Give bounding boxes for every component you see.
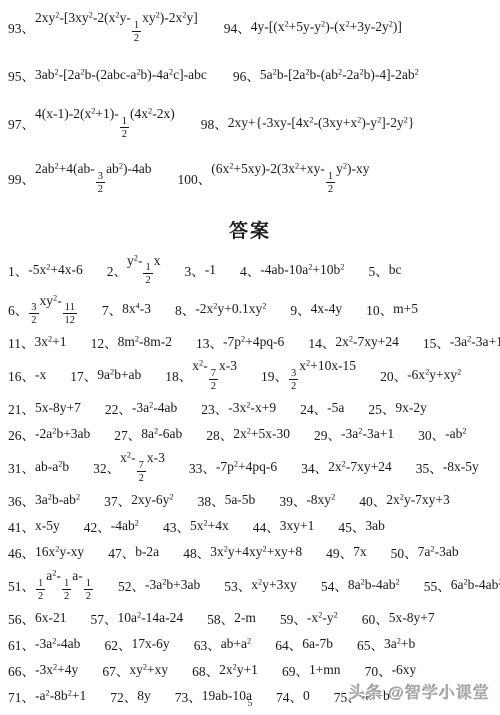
- item-expression: x-5y: [35, 518, 60, 534]
- item-number: 35、: [416, 457, 443, 477]
- item-number: 9、: [290, 299, 310, 319]
- answer-item: 20、-6x2y+xy2: [380, 365, 461, 385]
- item-expression: -2a2b+3ab: [35, 426, 90, 442]
- item-number: 100、: [177, 168, 211, 188]
- problem-item: 94、4y-[(x2+5y-y2)-(x2+3y-2y2)]: [224, 17, 402, 37]
- item-number: 60、: [362, 608, 389, 628]
- item-number: 21、: [8, 398, 35, 418]
- item-number: 15、: [423, 332, 450, 352]
- item-expression: 5a2b-[2a2b-(ab2-2a2b)-4]-2ab2: [260, 67, 419, 83]
- answer-item: 49、7x: [326, 542, 367, 562]
- answer-item: 62、17x-6y: [104, 634, 169, 654]
- item-expression: 9x-2y: [395, 400, 427, 416]
- item-number: 66、: [8, 660, 35, 680]
- answer-item: 51、12a2-12a-12: [8, 568, 94, 602]
- answers-heading: 答案: [0, 216, 500, 243]
- item-number: 98、: [201, 113, 228, 133]
- item-number: 49、: [326, 542, 353, 562]
- answer-row: 56、6x-2157、10a2-14a-2458、2-m59、-x2-y260、…: [8, 608, 492, 628]
- item-number: 56、: [8, 608, 35, 628]
- item-expression: -ab2: [445, 426, 466, 442]
- item-number: 47、: [108, 542, 135, 562]
- item-expression: 8a2b-4ab2: [348, 577, 400, 593]
- answer-item: 31、ab-a2b: [8, 457, 69, 477]
- answer-item: 21、5x-8y+7: [8, 398, 81, 418]
- problem-item: 95、3ab2-[2a2b-(2abc-a2b)-4a2c]-abc: [8, 65, 207, 85]
- item-expression: 32xy2-1112: [28, 293, 78, 327]
- item-expression: 6a2b-4ab2: [451, 577, 500, 593]
- answer-item: 68、2x2y+1: [192, 660, 258, 680]
- item-number: 97、: [8, 113, 35, 133]
- item-expression: -8x-5y: [443, 459, 479, 475]
- item-expression: 8x4-3: [122, 301, 151, 317]
- item-expression: 8a2-6ab: [141, 426, 182, 442]
- fraction: 72: [137, 460, 146, 484]
- item-number: 43、: [163, 516, 190, 536]
- item-expression: -5x2+4x-6: [28, 262, 83, 278]
- answer-item: 22、-3a2-4ab: [105, 398, 177, 418]
- answer-item: 35、-8x-5y: [416, 457, 479, 477]
- item-expression: -x2-y2: [307, 610, 338, 626]
- item-number: 8、: [175, 299, 195, 319]
- item-number: 32、: [93, 457, 120, 477]
- answer-row: 31、ab-a2b32、x2-72x-333、-7p2+4pq-634、2x2-…: [8, 450, 492, 484]
- answer-item: 33、-7p2+4pq-6: [189, 457, 277, 477]
- item-number: 2、: [107, 260, 127, 280]
- answer-item: 60、5x-8y+7: [362, 608, 435, 628]
- answer-item: 48、3x2y+4xy2+xy+8: [183, 542, 302, 562]
- item-expression: 32x2+10x-15: [288, 358, 356, 392]
- item-number: 16、: [8, 365, 35, 385]
- item-number: 40、: [359, 490, 386, 510]
- item-expression: -7p2+4pq-6: [216, 459, 277, 475]
- fraction: 32: [29, 302, 38, 326]
- answer-row: 36、3a2b-ab237、2xy-6y238、5a-5b39、-8xy240、…: [8, 490, 492, 510]
- item-expression: -7p2+4pq-6: [223, 334, 284, 350]
- answer-item: 13、-7p2+4pq-6: [196, 332, 284, 352]
- answer-row: 1、-5x2+4x-62、y2-12x3、-14、-4ab-10a2+10b25…: [8, 253, 492, 287]
- problem-row: 99、2ab2+4(ab-32ab2)-4ab100、(6x2+5xy)-2(3…: [8, 161, 492, 195]
- item-number: 44、: [253, 516, 280, 536]
- answer-item: 55、6a2b-4ab2: [424, 575, 500, 595]
- problem-item: 100、(6x2+5xy)-2(3x2+xy-12y2)-xy: [177, 161, 369, 195]
- item-number: 46、: [8, 542, 35, 562]
- item-number: 55、: [424, 575, 451, 595]
- item-number: 14、: [308, 332, 335, 352]
- item-number: 17、: [70, 365, 97, 385]
- answer-row: 51、12a2-12a-1252、-3a2b+3ab53、x2y+3xy54、8…: [8, 568, 492, 602]
- item-number: 37、: [104, 490, 131, 510]
- item-expression: 2xy+{-3xy-[4x2-(3xy+x2)-y2]-2y2}: [228, 115, 415, 131]
- problem-item: 97、4(x-1)-2(x2+1)-12(4x2-2x): [8, 106, 175, 140]
- item-number: 6、: [8, 299, 28, 319]
- item-number: 69、: [282, 660, 309, 680]
- answer-item: 61、-3a2-4ab: [8, 634, 80, 654]
- answer-row: 66、-3x2+4y67、xy2+xy68、2x2y+169、1+mn70、-6…: [8, 660, 492, 680]
- answer-row: 21、5x-8y+722、-3a2-4ab23、-3x2-x+924、-5a25…: [8, 398, 492, 418]
- answer-item: 3、-1: [185, 260, 217, 280]
- answer-item: 9、4x-4y: [290, 299, 342, 319]
- item-number: 4、: [240, 260, 260, 280]
- item-number: 1、: [8, 260, 28, 280]
- item-expression: 3xy+1: [280, 518, 315, 534]
- item-number: 39、: [279, 490, 306, 510]
- item-number: 31、: [8, 457, 35, 477]
- answer-item: 47、b-2a: [108, 542, 159, 562]
- answer-item: 56、6x-21: [8, 608, 67, 628]
- item-expression: -1: [205, 262, 216, 278]
- item-expression: 4(x-1)-2(x2+1)-12(4x2-2x): [35, 106, 175, 140]
- item-expression: 5x-8y+7: [35, 400, 81, 416]
- answer-row: 16、-x17、9a2b+ab18、x2-72x-319、32x2+10x-15…: [8, 358, 492, 392]
- item-expression: 2ab2+4(ab-32ab2)-4ab: [35, 161, 151, 195]
- item-number: 42、: [84, 516, 111, 536]
- answer-item: 57、10a2-14a-24: [91, 608, 184, 628]
- answer-item: 66、-3x2+4y: [8, 660, 78, 680]
- item-number: 57、: [91, 608, 118, 628]
- problem-row: 97、4(x-1)-2(x2+1)-12(4x2-2x)98、2xy+{-3xy…: [8, 106, 492, 140]
- answer-item: 30、-ab2: [418, 424, 466, 444]
- fraction: 12: [36, 578, 45, 602]
- item-expression: 4x-4y: [311, 301, 343, 317]
- item-number: 64、: [275, 634, 302, 654]
- item-number: 59、: [280, 608, 307, 628]
- item-expression: 3x2+1: [35, 334, 67, 350]
- answer-item: 27、8a2-6ab: [114, 424, 182, 444]
- item-expression: -4ab-10a2+10b2: [260, 262, 344, 278]
- answer-item: 38、5a-5b: [198, 490, 256, 510]
- item-expression: 3x2y+4xy2+xy+8: [210, 544, 302, 560]
- item-expression: 7x: [353, 544, 367, 560]
- item-number: 24、: [300, 398, 327, 418]
- problem-row: 93、2xy2-[3xy2-2(x2y-12xy2)-2x2y]94、4y-[(…: [8, 10, 492, 44]
- answer-row: 6、32xy2-11127、8x4-38、-2x2y+0.1xy29、4x-4y…: [8, 293, 492, 327]
- answer-item: 1、-5x2+4x-6: [8, 260, 83, 280]
- item-number: 10、: [366, 299, 393, 319]
- fraction: 1112: [63, 302, 77, 326]
- item-expression: 2x2-7xy+24: [335, 334, 399, 350]
- item-expression: 3a2b-ab2: [35, 492, 80, 508]
- item-expression: ab-a2b: [35, 459, 69, 475]
- answer-item: 65、3a2+b: [357, 634, 415, 654]
- item-expression: -2x2y+0.1xy2: [195, 301, 266, 317]
- item-expression: 7a2-3ab: [418, 544, 459, 560]
- item-expression: 6x-21: [35, 610, 67, 626]
- item-expression: 2x2y+1: [219, 662, 258, 678]
- item-expression: -6x2y+xy2: [407, 367, 461, 383]
- answer-item: 34、2x2-7xy+24: [301, 457, 392, 477]
- item-number: 3、: [185, 260, 205, 280]
- item-number: 23、: [201, 398, 228, 418]
- item-number: 48、: [183, 542, 210, 562]
- answer-row: 46、16x2y-xy47、b-2a48、3x2y+4xy2+xy+849、7x…: [8, 542, 492, 562]
- item-number: 93、: [8, 17, 35, 37]
- answer-item: 64、6a-7b: [275, 634, 333, 654]
- item-number: 67、: [102, 660, 129, 680]
- item-number: 99、: [8, 168, 35, 188]
- item-number: 36、: [8, 490, 35, 510]
- item-expression: b-2a: [135, 544, 159, 560]
- answer-item: 67、xy2+xy: [102, 660, 168, 680]
- item-number: 19、: [261, 365, 288, 385]
- answer-item: 58、2-m: [207, 608, 256, 628]
- answer-item: 11、3x2+1: [8, 332, 67, 352]
- item-number: 45、: [338, 516, 365, 536]
- answer-item: 4、-4ab-10a2+10b2: [240, 260, 344, 280]
- answer-item: 2、y2-12x: [107, 253, 161, 287]
- fraction: 12: [62, 578, 71, 602]
- item-expression: -3a2-4ab: [132, 400, 177, 416]
- item-expression: 3ab: [365, 518, 385, 534]
- item-expression: -3x2+4y: [35, 662, 78, 678]
- fraction: 12: [120, 116, 129, 140]
- answer-row: 61、-3a2-4ab62、17x-6y63、ab+a264、6a-7b65、3…: [8, 634, 492, 654]
- answer-item: 23、-3x2-x+9: [201, 398, 276, 418]
- item-number: 34、: [301, 457, 328, 477]
- item-expression: -3a2-4ab: [35, 636, 80, 652]
- item-number: 94、: [224, 17, 251, 37]
- answer-row: 11、3x2+112、8m2-8m-213、-7p2+4pq-614、2x2-7…: [8, 332, 492, 352]
- item-expression: 10a2-14a-24: [118, 610, 184, 626]
- answer-item: 15、-3a2-3a+1: [423, 332, 500, 352]
- answer-item: 36、3a2b-ab2: [8, 490, 80, 510]
- problem-item: 99、2ab2+4(ab-32ab2)-4ab: [8, 161, 151, 195]
- item-expression: bc: [389, 262, 402, 278]
- problems-section: 93、2xy2-[3xy2-2(x2y-12xy2)-2x2y]94、4y-[(…: [0, 0, 500, 195]
- problem-row: 95、3ab2-[2a2b-(2abc-a2b)-4a2c]-abc96、5a2…: [8, 65, 492, 85]
- answer-item: 14、2x2-7xy+24: [308, 332, 399, 352]
- answer-item: 6、32xy2-1112: [8, 293, 78, 327]
- answer-item: 16、-x: [8, 365, 46, 385]
- answer-item: 26、-2a2b+3ab: [8, 424, 90, 444]
- item-expression: 6a-7b: [302, 636, 333, 652]
- item-expression: 2x2-7xy+24: [328, 459, 392, 475]
- item-number: 65、: [357, 634, 384, 654]
- item-number: 62、: [104, 634, 131, 654]
- item-number: 20、: [380, 365, 407, 385]
- answer-item: 43、5x2+4x: [163, 516, 229, 536]
- answer-item: 39、-8xy2: [279, 490, 335, 510]
- item-number: 51、: [8, 575, 35, 595]
- answer-item: 59、-x2-y2: [280, 608, 338, 628]
- fraction: 32: [289, 368, 298, 392]
- answer-item: 40、2x2y-7xy+3: [359, 490, 450, 510]
- item-number: 70、: [365, 660, 392, 680]
- answer-row: 26、-2a2b+3ab27、8a2-6ab28、2x2+5x-3029、-3a…: [8, 424, 492, 444]
- item-expression: ab+a2: [221, 636, 252, 652]
- item-expression: x2-72x-3: [120, 450, 165, 484]
- item-expression: y2-12x: [127, 253, 160, 287]
- item-expression: -6xy: [392, 662, 417, 678]
- answer-item: 53、x2y+3xy: [224, 575, 297, 595]
- item-number: 52、: [118, 575, 145, 595]
- item-expression: -x: [35, 367, 46, 383]
- answer-item: 63、ab+a2: [194, 634, 252, 654]
- item-number: 96、: [233, 65, 260, 85]
- answer-item: 32、x2-72x-3: [93, 450, 165, 484]
- item-number: 30、: [418, 424, 445, 444]
- item-expression: -3a2-3a+1: [450, 334, 500, 350]
- item-number: 61、: [8, 634, 35, 654]
- answer-item: 54、8a2b-4ab2: [321, 575, 400, 595]
- item-expression: -3a2b+3ab: [145, 577, 200, 593]
- fraction: 12: [84, 578, 93, 602]
- item-expression: -3a2-3a+1: [341, 426, 394, 442]
- answer-item: 18、x2-72x-3: [165, 358, 237, 392]
- fraction: 12: [132, 20, 141, 44]
- item-number: 7、: [102, 299, 122, 319]
- answer-item: 45、3ab: [338, 516, 385, 536]
- fraction: 12: [326, 171, 335, 195]
- item-number: 63、: [194, 634, 221, 654]
- answers-section: 1、-5x2+4x-62、y2-12x3、-14、-4ab-10a2+10b25…: [0, 253, 500, 706]
- problem-item: 93、2xy2-[3xy2-2(x2y-12xy2)-2x2y]: [8, 10, 198, 44]
- item-number: 12、: [91, 332, 118, 352]
- item-expression: 5x2+4x: [190, 518, 229, 534]
- answer-item: 25、9x-2y: [368, 398, 427, 418]
- fraction: 32: [96, 171, 105, 195]
- answer-item: 69、1+mn: [282, 660, 341, 680]
- item-expression: 3ab2-[2a2b-(2abc-a2b)-4a2c]-abc: [35, 67, 207, 83]
- item-expression: 3a2+b: [384, 636, 415, 652]
- item-number: 28、: [206, 424, 233, 444]
- item-number: 25、: [368, 398, 395, 418]
- answer-item: 19、32x2+10x-15: [261, 358, 356, 392]
- item-expression: 2-m: [234, 610, 256, 626]
- answer-item: 70、-6xy: [365, 660, 417, 680]
- item-expression: -5a: [327, 400, 344, 416]
- answer-item: 46、16x2y-xy: [8, 542, 84, 562]
- watermark: 头条 @智学小课堂: [349, 680, 490, 703]
- answer-item: 37、2xy-6y2: [104, 490, 173, 510]
- item-expression: 9a2b+ab: [97, 367, 141, 383]
- item-expression: 12a2-12a-12: [35, 568, 94, 602]
- item-expression: 2xy2-[3xy2-2(x2y-12xy2)-2x2y]: [35, 10, 198, 44]
- item-number: 26、: [8, 424, 35, 444]
- answer-row: 41、x-5y42、-4ab243、5x2+4x44、3xy+145、3ab: [8, 516, 492, 536]
- item-expression: -4ab2: [111, 518, 139, 534]
- item-expression: 17x-6y: [131, 636, 169, 652]
- problem-item: 98、2xy+{-3xy-[4x2-(3xy+x2)-y2]-2y2}: [201, 113, 415, 133]
- answer-item: 44、3xy+1: [253, 516, 315, 536]
- item-number: 68、: [192, 660, 219, 680]
- item-number: 27、: [114, 424, 141, 444]
- item-expression: x2y+3xy: [251, 577, 297, 593]
- answer-item: 7、8x4-3: [102, 299, 151, 319]
- item-expression: 4y-[(x2+5y-y2)-(x2+3y-2y2)]: [251, 19, 402, 35]
- worksheet-page: 93、2xy2-[3xy2-2(x2y-12xy2)-2x2y]94、4y-[(…: [0, 0, 500, 715]
- item-expression: 16x2y-xy: [35, 544, 84, 560]
- answer-item: 42、-4ab2: [84, 516, 139, 536]
- item-expression: m+5: [393, 301, 418, 317]
- item-number: 38、: [198, 490, 225, 510]
- item-number: 13、: [196, 332, 223, 352]
- item-expression: 2xy-6y2: [131, 492, 173, 508]
- item-number: 53、: [224, 575, 251, 595]
- problem-item: 96、5a2b-[2a2b-(ab2-2a2b)-4]-2ab2: [233, 65, 419, 85]
- answer-item: 17、9a2b+ab: [70, 365, 141, 385]
- item-number: 95、: [8, 65, 35, 85]
- item-number: 54、: [321, 575, 348, 595]
- item-number: 18、: [165, 365, 192, 385]
- item-number: 11、: [8, 332, 35, 352]
- answer-item: 52、-3a2b+3ab: [118, 575, 200, 595]
- answer-item: 12、8m2-8m-2: [91, 332, 172, 352]
- answer-item: 5、bc: [368, 260, 401, 280]
- item-number: 50、: [391, 542, 418, 562]
- item-expression: 1+mn: [309, 662, 341, 678]
- item-expression: 8m2-8m-2: [118, 334, 172, 350]
- answer-item: 10、m+5: [366, 299, 418, 319]
- item-number: 58、: [207, 608, 234, 628]
- item-expression: 2x2y-7xy+3: [386, 492, 450, 508]
- item-number: 41、: [8, 516, 35, 536]
- answer-item: 41、x-5y: [8, 516, 60, 536]
- item-number: 29、: [314, 424, 341, 444]
- answer-item: 29、-3a2-3a+1: [314, 424, 394, 444]
- item-number: 33、: [189, 457, 216, 477]
- item-expression: 5x-8y+7: [389, 610, 435, 626]
- answer-item: 24、-5a: [300, 398, 344, 418]
- item-number: 22、: [105, 398, 132, 418]
- answer-item: 50、7a2-3ab: [391, 542, 459, 562]
- answer-item: 28、2x2+5x-30: [206, 424, 290, 444]
- item-number: 5、: [368, 260, 388, 280]
- answer-item: 8、-2x2y+0.1xy2: [175, 299, 266, 319]
- item-expression: (6x2+5xy)-2(3x2+xy-12y2)-xy: [211, 161, 369, 195]
- item-expression: 2x2+5x-30: [233, 426, 290, 442]
- item-expression: -8xy2: [306, 492, 335, 508]
- fraction: 12: [143, 262, 152, 286]
- item-expression: -3x2-x+9: [228, 400, 276, 416]
- fraction: 72: [209, 368, 218, 392]
- item-expression: 5a-5b: [225, 492, 256, 508]
- item-expression: xy2+xy: [129, 662, 168, 678]
- item-expression: x2-72x-3: [192, 358, 237, 392]
